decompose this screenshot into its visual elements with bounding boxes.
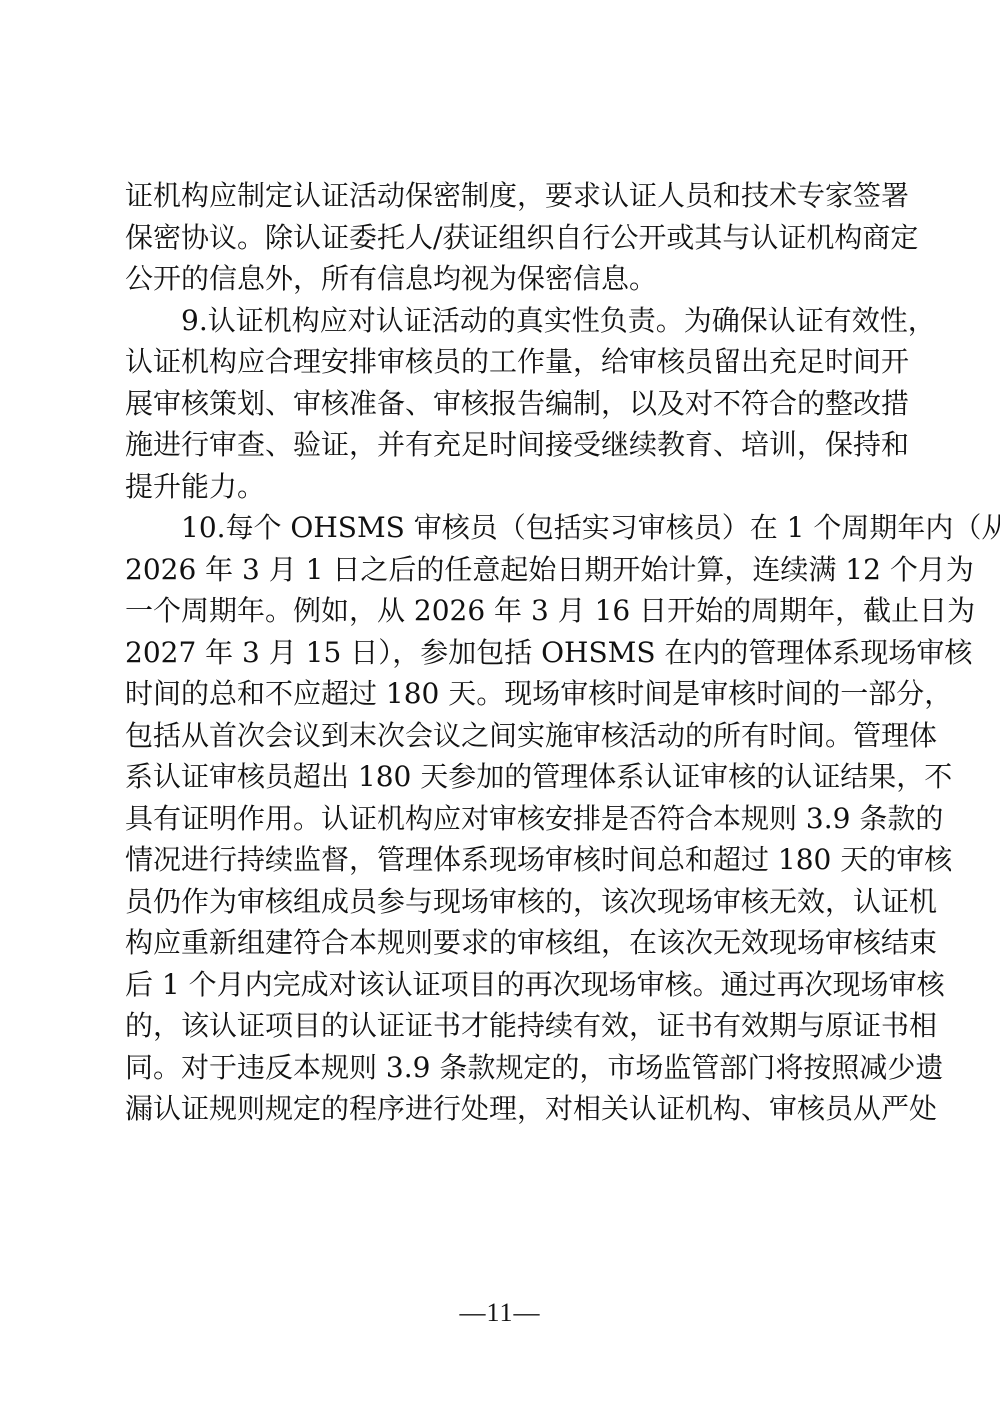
document-body: 证机构应制定认证活动保密制度，要求认证人员和技术专家签署 保密协议。除认证委托人… [125, 175, 877, 1130]
text-line: 构应重新组建符合本规则要求的审核组，在该次无效现场审核结束 [125, 922, 877, 964]
text-line: 具有证明作用。认证机构应对审核安排是否符合本规则 3.9 条款的 [125, 798, 877, 840]
text-line: 同。对于违反本规则 3.9 条款规定的，市场监管部门将按照减少遗 [125, 1047, 877, 1089]
text-line: 保密协议。除认证委托人/获证组织自行公开或其与认证机构商定 [125, 217, 877, 259]
text-line: 漏认证规则规定的程序进行处理，对相关认证机构、审核员从严处 [125, 1088, 877, 1130]
text-line: 公开的信息外，所有信息均视为保密信息。 [125, 258, 877, 300]
text-line: 时间的总和不应超过 180 天。现场审核时间是审核时间的一部分， [125, 673, 877, 715]
item-9-first-line: 9.认证机构应对认证活动的真实性负责。为确保认证有效性， [125, 300, 877, 342]
page-number: —11— [0, 1298, 1000, 1328]
text-line: 证机构应制定认证活动保密制度，要求认证人员和技术专家签署 [125, 175, 877, 217]
text-line: 后 1 个月内完成对该认证项目的再次现场审核。通过再次现场审核 [125, 964, 877, 1006]
text-line: 情况进行持续监督，管理体系现场审核时间总和超过 180 天的审核 [125, 839, 877, 881]
text-line: 一个周期年。例如，从 2026 年 3 月 16 日开始的周期年，截止日为 [125, 590, 877, 632]
text-line: 包括从首次会议到末次会议之间实施审核活动的所有时间。管理体 [125, 715, 877, 757]
text-line: 员仍作为审核组成员参与现场审核的，该次现场审核无效，认证机 [125, 881, 877, 923]
text-line: 展审核策划、审核准备、审核报告编制，以及对不符合的整改措 [125, 383, 877, 425]
text-line: 认证机构应合理安排审核员的工作量，给审核员留出充足时间开 [125, 341, 877, 383]
text-line: 系认证审核员超出 180 天参加的管理体系认证审核的认证结果，不 [125, 756, 877, 798]
text-line: 施进行审查、验证，并有充足时间接受继续教育、培训，保持和 [125, 424, 877, 466]
text-line: 2026 年 3 月 1 日之后的任意起始日期开始计算，连续满 12 个月为 [125, 549, 877, 591]
document-page: 证机构应制定认证活动保密制度，要求认证人员和技术专家签署 保密协议。除认证委托人… [0, 0, 1000, 1414]
text-line: 2027 年 3 月 15 日），参加包括 OHSMS 在内的管理体系现场审核 [125, 632, 877, 674]
text-line: 的，该认证项目的认证证书才能持续有效，证书有效期与原证书相 [125, 1005, 877, 1047]
item-10-first-line: 10.每个 OHSMS 审核员（包括实习审核员）在 1 个周期年内（从 [125, 507, 877, 549]
text-line: 提升能力。 [125, 466, 877, 508]
